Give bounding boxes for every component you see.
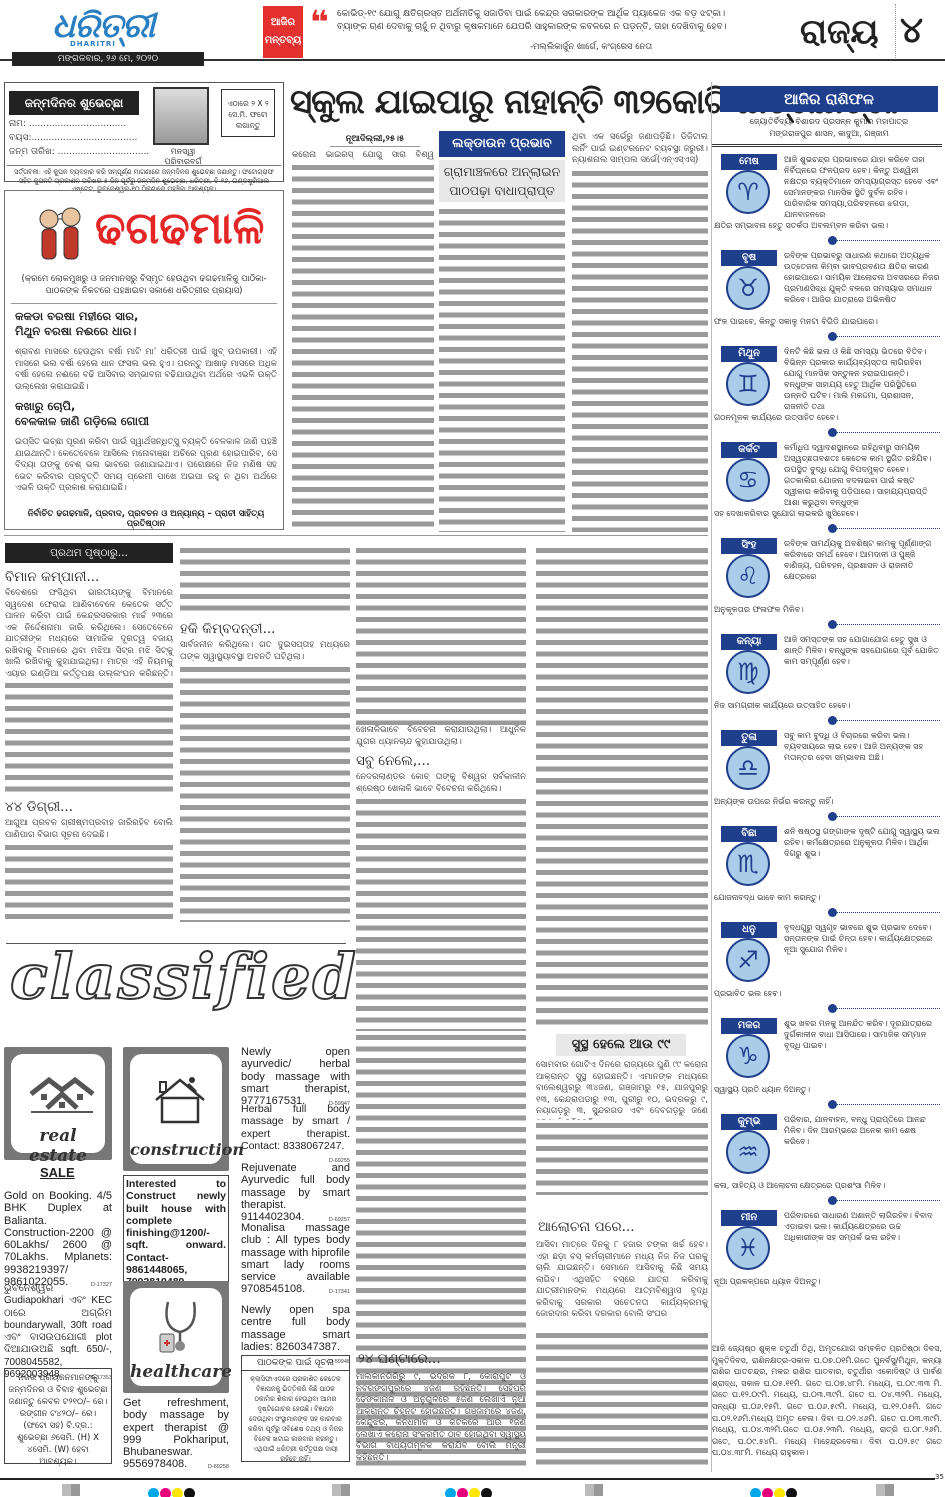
- zodiac-prediction: ପରିବାରରେ ସାଧାରଣ ଅଶାନ୍ତି ଲାଗିରହିବ। ବିବାଦ …: [784, 1210, 940, 1243]
- gray-bar-4: [876, 1484, 894, 1496]
- zodiac-symbol-icon: ♍: [726, 650, 770, 694]
- col3-text-a: [356, 545, 526, 725]
- ad-health-1-text: Get refreshment, body massage by expert …: [123, 1397, 229, 1470]
- zodiac-sign-block: ସିଂହ♌ରବିଙ୍କ ସାମର୍ଥ୍ୟକୁ ଅବଶିଷ୍ଟ କାମକୁ ପୂର…: [712, 534, 942, 626]
- story-44deg-body: ଆଗୁଆ ପ୍ରବଳ ଗ୍ରୀଷ୍ମପ୍ରବାହ ଜାରିରହିବ ବୋଲି ପ…: [5, 818, 173, 841]
- col3-text-b: [356, 796, 526, 1031]
- idiom-1-body: ଶ୍ରାବଣ ମାସରେ ହେଉଥିବା ବର୍ଷା ମାଟି ମା’ ଧରିତ…: [15, 347, 277, 393]
- zodiac-prediction: ଶନି ଷଷ୍ଠସ୍ଥ ଗଙ୍ଗାଙ୍କ ଦୃଷ୍ଟି ଯୋଗୁ ସ୍ୱାସ୍ଥ…: [784, 826, 940, 859]
- lead-body-col3-intro: ଥିବା ଏକ ସର୍ଭେରୁ ଜଣାପଡ଼ିଛି। ଡିଜିଟାଲ ଲର୍ନି…: [572, 132, 708, 167]
- zodiac-prediction-end: ନିଜ ସାମଗ୍ରୀକ କାର୍ଯ୍ୟରେ ଉତ୍ସାହିତ ହେବେ।: [714, 700, 940, 711]
- rashiphala-author: ଜ୍ୟୋତିର୍ବିଦ୍ୟା ବିଶାରଦ ପ୍ରସନ୍ନ କୁମାର ମହାପ…: [715, 116, 943, 140]
- zodiac-prediction-end: କଳା, ସାହିତ୍ୟ ଓ ଆଲୋଚନା କ୍ଷେତ୍ରରେ ପ୍ରଶଂସା …: [714, 1180, 940, 1191]
- classified-banner: classified: [10, 940, 340, 1013]
- zodiac-sign-block: କନ୍ୟା♍ଆଜି ସମସ୍ତଙ୍କ ସହ ଯୋଗାଯୋଗ ହେତୁ ସୁଖ ଓ…: [712, 630, 942, 722]
- separator-dot-icon: [828, 236, 837, 245]
- birthday-title: ଜନ୍ମଦିନର ଶୁଭେଚ୍ଛା: [9, 91, 139, 115]
- separator-dot-icon: [828, 1100, 837, 1109]
- zodiac-prediction: ବୃଦ୍ଧଗୁରୁ ସ୍ୱଗୃହ ଭାବରେ ଶୁଭ ପ୍ରଭାବ ଦେବେ। …: [784, 922, 940, 955]
- yellow-dot-icon: [774, 1488, 785, 1497]
- recovered-title: ସୁସ୍ଥ ହେଲେ ଆଉ ୯୯: [556, 1034, 686, 1056]
- reader-notice-text: କ୍ଲାସିଫାଏଡରେ ପ୍ରକାଶିତ କେତେକ ବିଜ୍ଞାପନକୁ ଭ…: [242, 1371, 349, 1467]
- discussion-body: ଆସିବା ମାତ୍ରେ ଦିନକୁ ୮ ହଜାର ଟଙ୍କା ଖର୍ଚ୍ଚ ହ…: [536, 1240, 708, 1321]
- masthead-divider: [895, 4, 896, 58]
- zodiac-prediction-end: ସହ ଦେଖାକରିବାର ସୁଯୋଗ ଲାଭକରି ଖୁସିହେବେ।: [714, 508, 940, 519]
- zodiac-prediction-end: ସ୍ୱାସ୍ଥ୍ୟ ପ୍ରତି ଧ୍ୟାନ ଦିଅନ୍ତୁ।: [714, 1084, 940, 1095]
- zodiac-prediction-end: ଯୋଜନାବଦ୍ଧ ଭାବେ କାମ କରନ୍ତୁ।: [714, 892, 940, 903]
- ad-sale-1-text: Gold on Booking. 4/5 BHK Duplex at Balia…: [4, 1190, 112, 1288]
- separator-dot-icon: [828, 1196, 837, 1205]
- col2-text-a: [180, 545, 350, 615]
- zodiac-sign-name: ବୃଷ: [721, 250, 777, 266]
- zodiac-sign-block: ଧନୁ♐ବୃଦ୍ଧଗୁରୁ ସ୍ୱଗୃହ ଭାବରେ ଶୁଭ ପ୍ରଭାବ ଦେ…: [712, 918, 942, 1010]
- separator-dot-icon: [828, 524, 837, 533]
- cyan-dot-icon: [148, 1488, 159, 1497]
- birthday-name-field: ନାମ: ..................................: [9, 119, 126, 129]
- gray-bar-3: [585, 1484, 603, 1496]
- zodiac-sign-name: ତୁଳା: [721, 730, 777, 746]
- zodiac-symbol-icon: ♑: [726, 1034, 770, 1078]
- zodiac-symbol-icon: ♏: [726, 842, 770, 886]
- house-roofer-icon: [152, 1076, 208, 1126]
- lead-body-col3: [572, 168, 708, 532]
- houses-icon: [29, 1072, 95, 1114]
- black-dot-icon: [481, 1488, 492, 1497]
- zodiac-sign-name: ମେଷ: [721, 154, 777, 170]
- zodiac-prediction-end: କ୍ଷତିର ସମ୍ଭାବନା ହେତୁ ସତର୍କତା ଅବଲମ୍ବନ କରି…: [714, 220, 940, 231]
- registration-marks-3: [750, 1484, 798, 1497]
- hours24-body: ମାଲକାନଗିରିରୁ ୯, ଭଦ୍ରକ ୮, କୋରାପୁଟ ଓ ନବରଙ୍…: [356, 1372, 526, 1472]
- section-title: ରାଜ୍ୟ: [800, 12, 879, 52]
- black-dot-icon: [786, 1488, 797, 1497]
- quote-author: -ମଲ୍ଲିକାର୍ଜୁନ ଖାର୍ଗେ, କଂଗ୍ରେସ ନେତା: [530, 42, 652, 52]
- section-divider: [4, 535, 708, 536]
- photo-caption: ମନସ୍ୱୀ ପରିବାରବର୍ଗ: [153, 147, 213, 167]
- recovered-body: ସୋମବାର ଗୋଟିଏ ଦିନରେ ରାଜ୍ୟରେ ପୁଣି ୯୯ କରୋନା…: [536, 1060, 708, 1129]
- greeting-ad: ନିଜର ପ୍ରିୟଜନମାନଙ୍କୁ ଜନ୍ମଦିନର ଓ ବିବାହ ଶୁଭ…: [4, 1368, 112, 1464]
- page-number: ୪: [900, 10, 923, 52]
- cyan-dot-icon: [445, 1488, 456, 1497]
- zodiac-prediction: ଆଜି ସମସ୍ତଙ୍କ ସହ ଯୋଗାଯୋଗ ହେତୁ ସୁଖ ଓ ଶାନ୍ତ…: [784, 634, 940, 667]
- zodiac-prediction-end: ଫଳ ପାଇବେ, କିନ୍ତୁ ସକାଳୁ ମନଟା ବିଗିଡି ଯାଇପା…: [714, 316, 940, 327]
- magenta-dot-icon: [457, 1488, 468, 1497]
- separator-dot-icon: [828, 620, 837, 629]
- zodiac-sign-name: ସିଂହ: [721, 538, 777, 554]
- zodiac-sign-block: କର୍କଟ♋କର୍ମାଧିପ ଦ୍ୱାଦଶସ୍ଥାନରେ ରହିଥିବାରୁ ସ…: [712, 438, 942, 530]
- real-estate-category: real estate: [4, 1047, 112, 1160]
- cyan-dot-icon: [750, 1488, 761, 1497]
- story-44deg-more: [5, 842, 173, 922]
- zodiac-sign-block: ମିଥୁନ♊ଦିନଟି କିଛି ଭଲ ଓ କିଛି ସମସ୍ୟା ଭିତରେ …: [712, 342, 942, 434]
- story-hockey-title: ହକି କିମ୍ବଦନ୍ତୀ...: [180, 620, 275, 638]
- ad-construction-1: Interested to Construct newly built hous…: [123, 1175, 229, 1295]
- reader-notice: ପାଠକଙ୍କ ପାଇଁ ସୂଚନା କ୍ଲାସିଫାଏଡରେ ପ୍ରକାଶିତ…: [241, 1355, 350, 1462]
- zodiac-prediction: ଶୁଭ ଖବର ମନକୁ ଆନନ୍ଦିତ କରିବ। ଦୂରଯାତ୍ରାରେ ଦ…: [784, 1018, 940, 1051]
- panjika-text: ଆଜି ଜ୍ୟେଷ୍ଠ ଶୁକ୍ଳ ଚତୁର୍ଥୀ ତିଥି, ଅମୃତଯୋଗ …: [712, 1343, 942, 1459]
- ad-health-1: Get refreshment, body massage by expert …: [123, 1397, 229, 1474]
- zodiac-sign-block: ମେଷ♈ଆଜି ଶୁଭଚନ୍ଦ୍ର ପ୍ରଭାବରେ ଯାହା କରିବେ ତା…: [712, 150, 942, 242]
- lead-dateline: ନୂଆଦିଲ୍ଲୀ,୨୫।୫: [330, 134, 420, 147]
- zodiac-prediction: ଦିନଟି କିଛି ଭଲ ଓ କିଛି ସମସ୍ୟା ଭିତରେ ବିତିବ।…: [784, 346, 940, 412]
- birthday-coupon: ଜନ୍ମଦିନର ଶୁଭେଚ୍ଛା ନାମ: .................…: [4, 82, 284, 182]
- sale-heading: SALE: [40, 1165, 75, 1180]
- story-airline-title: ବିମାନ କମ୍ପାନୀ...: [5, 568, 99, 586]
- birthday-dob-field: ଜନ୍ମ ତାରିଖ: ............................…: [9, 147, 149, 157]
- ad-health-1-code: D-69258: [208, 1461, 229, 1473]
- zodiac-prediction: କର୍ମାଧିପ ଦ୍ୱାଦଶସ୍ଥାନରେ ରହିଥିବାରୁ ସାମୟିକ …: [784, 442, 940, 508]
- lead-body-col1: [292, 162, 434, 532]
- idiom-1-heading-line1: କକଡା ବରଷା ମହୀରେ ସାର,: [15, 309, 275, 324]
- yellow-dot-icon: [172, 1488, 183, 1497]
- ad-massage-1: Newly open ayurvedic/ herbal body massag…: [241, 1046, 350, 1110]
- zodiac-sign-name: କର୍କଟ: [721, 442, 777, 458]
- healthcare-category: healthcare: [123, 1281, 229, 1393]
- zodiac-prediction-end: ନୂଆ ପ୍ରକଳ୍ପରେ ଧ୍ୟାନ ଦିଅନ୍ତୁ।: [714, 1276, 940, 1287]
- rashiphala-title: ଆଜିର ରାଶିଫଳ: [720, 86, 938, 112]
- zodiac-sign-name: ମିଥୁନ: [721, 346, 777, 362]
- story-44deg-title: ୪୪ ଡିଗ୍ରୀ...: [5, 798, 73, 816]
- idioms-logo: ଢଗଢମାଳି: [95, 203, 264, 254]
- ad-construction-1-text: Interested to Construct newly built hous…: [126, 1178, 226, 1288]
- zodiac-prediction: ସବୁ କାମ ବୁଦ୍ଧି ଓ ବିଚାରରେ କରିବା ଭଲ। ବ୍ୟବସ…: [784, 730, 940, 763]
- hours24-title: ୨୪ ଘଣ୍ଟାରେ...: [358, 1350, 441, 1368]
- page-bottom-rule: [0, 1478, 935, 1480]
- separator-dot-icon: [828, 332, 837, 341]
- zodiac-sign-name: ମକର: [721, 1018, 777, 1034]
- zodiac-sign-block: ବୃଷ♉ରବିଙ୍କ ପ୍ରଭାବରୁ ସାଧାରଣ କଥାରେ ଅତ୍ୟଧିକ…: [712, 246, 942, 338]
- zodiac-sign-name: ବିଛା: [721, 826, 777, 842]
- rashiphala-rule: [712, 144, 942, 147]
- discussion-more: [536, 1330, 708, 1470]
- separator-dot-icon: [828, 812, 837, 821]
- idiom-1-heading-line2: ମିଥୁନ ବରଷା ନଈରେ ଧାର।: [15, 324, 275, 339]
- ad-massage-2-text: Herbal full body massage by smart / expe…: [241, 1103, 350, 1152]
- registration-marks-1: [148, 1484, 196, 1497]
- separator-dot-icon: [828, 908, 837, 917]
- stethoscope-icon: [158, 1298, 204, 1356]
- folio-number: 35: [935, 1473, 944, 1481]
- magenta-dot-icon: [762, 1488, 773, 1497]
- separator-dot-icon: [828, 428, 837, 437]
- gray-bar-2: [332, 1484, 350, 1496]
- zodiac-sign-block: ମକର♑ଶୁଭ ଖବର ମନକୁ ଆନନ୍ଦିତ କରିବ। ଦୂରଯାତ୍ରା…: [712, 1014, 942, 1106]
- zodiac-symbol-icon: ♌: [726, 554, 770, 598]
- quote-tag-line2: ମନ୍ତବ୍ୟ: [263, 32, 303, 50]
- reader-notice-title: ପାଠକଙ୍କ ପାଇଁ ସୂଚନା: [242, 1356, 349, 1371]
- quote-tag-line1: ଆଜିର: [263, 14, 303, 32]
- zodiac-prediction: ରବିଙ୍କ ସାମର୍ଥ୍ୟକୁ ଅବଶିଷ୍ଟ କାମକୁ ପୂର୍ଣ୍ଣା…: [784, 538, 940, 582]
- gray-bar-1: [62, 1484, 80, 1496]
- idioms-source: ନିର୍ବାଚିତ ଢଗଢମାଳି, ପ୍ରବାଦ, ପ୍ରବଚନ ଓ ଅନ୍ୟ…: [15, 509, 277, 529]
- registration-marks-2: [445, 1484, 493, 1497]
- lead-kicker: ଲକ୍‌ଡାଉନ ପ୍ରଭାବ: [439, 131, 565, 157]
- zodiac-sign-name: ମୀନ: [721, 1210, 777, 1226]
- zodiac-symbol-icon: ♋: [726, 458, 770, 502]
- idiom-2-heading-line2: ବେଳକାଳ ଜାଣି ଗଡ଼ିଲେ ଗୋପୀ: [15, 414, 275, 429]
- newspaper-logo-sub: DHARITRI: [70, 40, 116, 48]
- zodiac-prediction-end: ପ୍ରଭାବିତ ଭଲ ହେବ।: [714, 988, 940, 999]
- col2-text-b: [180, 664, 350, 922]
- story-hockey-body: ସାର୍ବଜନୀନ କରିଥିଲେ। ଗତ ଦୁଇସପ୍ତାହ ମଧ୍ୟରେ ତ…: [180, 640, 350, 663]
- ad-massage-4-code: D-17341: [329, 1286, 350, 1298]
- zodiac-sign-name: କନ୍ୟା: [721, 634, 777, 650]
- separator-dot-icon: [828, 1004, 837, 1013]
- lead-headline: ସ୍କୁଲ ଯାଇପାରୁ ନାହାନ୍ତି ୩୨କୋଟି ଛାତ୍ରଛାତ୍ର…: [290, 82, 710, 122]
- zodiac-symbol-icon: ♎: [726, 746, 770, 790]
- story-airline-more: [5, 680, 173, 794]
- birthday-age-field: ବୟସ:....................................…: [9, 133, 137, 143]
- ad-massage-4-text: Monalisa massage club : All types body m…: [241, 1222, 350, 1295]
- zodiac-prediction-end: ଅନୁକୂଳତାର ଫଳାଫଳ ମିଳିବ।: [714, 604, 940, 615]
- zodiac-symbol-icon: ♒: [726, 1130, 770, 1174]
- astrologer-place: ମଙ୍ଗରାଜପୁର ଶାସନ, କାଦୁଆ, ଗଞ୍ଜାମ: [715, 128, 943, 140]
- zodiac-prediction: ଆଜି ଶୁଭଚନ୍ଦ୍ର ପ୍ରଭାବରେ ଯାହା କରିବେ ତାହା ନ…: [784, 154, 940, 220]
- zodiac-symbol-icon: ♓: [726, 1226, 770, 1270]
- construction-category: construction: [123, 1047, 229, 1171]
- quote-text: କୋଭିଡ୍-୧୯ ଯୋଗୁ କ୍ଷତିଗ୍ରସ୍ତ ଅର୍ଥନୀତିକୁ ସଜ…: [337, 8, 737, 34]
- lead-subhead: ଗ୍ରାମାଞ୍ଚଳରେ ଅନ୍‌ଲାଇନ ପାଠପଢ଼ା ବାଧାପ୍ରାପ୍…: [439, 160, 565, 202]
- black-dot-icon: [184, 1488, 195, 1497]
- ad-massage-5-text: Newly open spa centre full body massage …: [241, 1304, 350, 1353]
- zodiac-prediction-end: ଅନ୍ୟଙ୍କ ଉପରେ ନିର୍ଭର କରନ୍ତୁ ନାହିଁ।: [714, 796, 940, 807]
- photo-caption-name: ମନସ୍ୱୀ: [153, 147, 213, 157]
- zodiac-prediction-end: ଗଠନମୂଳକ କାର୍ଯ୍ୟରେ ଉତ୍ସାହିତ ହେବେ।: [714, 412, 940, 423]
- lead-body-col2: [439, 206, 565, 532]
- ad-massage-2: Herbal full body massage by smart / expe…: [241, 1103, 350, 1167]
- idiom-2-body: ଇପ୍‌ସିତ ଇଚ୍ଛା ପୂରଣ କରିବା ପାଇଁ ସ୍ୱାର୍ଥସନ୍…: [15, 437, 277, 495]
- zodiac-sign-name: ଧନୁ: [721, 922, 777, 938]
- separator-dot-icon: [828, 716, 837, 725]
- zodiac-sign-block: ମୀନ♓ପରିବାରରେ ସାଧାରଣ ଅଶାନ୍ତି ଲାଗିରହିବ। ବି…: [712, 1206, 942, 1298]
- newspaper-logo: ଧରିତ୍ରୀ: [52, 6, 162, 44]
- idioms-intro: (କ୍ରମେ ଲୋକମୁଖରୁ ଓ ଜନମାନସରୁ ବିସ୍ମୃତ ହେଉଥି…: [11, 273, 277, 304]
- discussion-title: ଆଲୋଚନା ପରେ...: [538, 1218, 635, 1236]
- zodiac-symbol-icon: ♉: [726, 266, 770, 310]
- idioms-box: ଢଗଢମାଳି (କ୍ରମେ ଲୋକମୁଖରୁ ଓ ଜନମାନସରୁ ବିସ୍ମ…: [4, 190, 284, 530]
- zodiac-symbol-icon: ♊: [726, 362, 770, 406]
- story-took-all-title: ସବୁ ନେଲେ,...: [356, 752, 430, 770]
- story-hockey2-body: ଖେଳାଳିଭାବେ ବିବେଚନା କରାଯାଉଥିଲା। ଆଧୁନିକ ଯୁ…: [356, 725, 526, 748]
- zodiac-sign-block: ବିଛା♏ଶନି ଷଷ୍ଠସ୍ଥ ଗଙ୍ଗାଙ୍କ ଦୃଷ୍ଟି ଯୋଗୁ ସ୍…: [712, 822, 942, 914]
- zodiac-sign-block: କୁମ୍ଭ♒ପରିବାର, ଯାନବାହନ, ବନ୍ଧୁ ପ୍ରାପ୍ତିରେ …: [712, 1110, 942, 1202]
- zodiac-symbol-icon: ♈: [726, 170, 770, 214]
- quote-of-day-tag: ଆଜିର ମନ୍ତବ୍ୟ: [263, 6, 303, 58]
- yellow-dot-icon: [469, 1488, 480, 1497]
- recovered-more: [536, 1120, 708, 1195]
- sample-child-photo: [153, 87, 209, 145]
- idiom-2-heading-line1: କଖାରୁ ଚୋପି,: [15, 399, 275, 414]
- col4-text: [536, 545, 708, 1025]
- photo-paste-slot: ଏଠାରେ ୨ X ୨ ସେ.ମି. ଫଟୋ ଲଗାନ୍ତୁ: [221, 89, 275, 137]
- healthcare-label: healthcare: [130, 1362, 222, 1382]
- talking-men-cartoon-icon: [35, 201, 85, 266]
- ad-massage-4: Monalisa massage club : All types body m…: [241, 1222, 350, 1299]
- real-estate-label: real estate: [11, 1126, 105, 1166]
- zodiac-symbol-icon: ♐: [726, 938, 770, 982]
- quote-mark-icon: ❝: [310, 6, 332, 26]
- zodiac-prediction: ରବିଙ୍କ ପ୍ରଭାବରୁ ସାଧାରଣ କଥାରେ ଅତ୍ୟଧିକ ଉତ୍…: [784, 250, 940, 305]
- story-took-all-body: ନେଦରଲାଣ୍ଡର କୋଚ୍ ତାଙ୍କୁ ବିଶ୍ୱର ସର୍ବକାଳୀନ …: [356, 772, 526, 795]
- zodiac-sign-block: ତୁଳା♎ସବୁ କାମ ବୁଦ୍ଧି ଓ ବିଚାରରେ କରିବା ଭଲ। …: [712, 726, 942, 818]
- magenta-dot-icon: [160, 1488, 171, 1497]
- ad-massage-3: Rejuvenate and Ayurvedic full body massa…: [241, 1162, 350, 1226]
- astrologer-name: ଜ୍ୟୋତିର୍ବିଦ୍ୟା ବିଶାରଦ ପ୍ରସନ୍ନ କୁମାର ମହାପ…: [715, 116, 943, 128]
- ad-sale-2-text: ଭୁବନେଶ୍ୱର Gudiapokhari ଏବଂ KEC ଠାରେ ଅଗ୍ର…: [4, 1283, 112, 1380]
- zodiac-prediction: ପରିବାର, ଯାନବାହନ, ବନ୍ଧୁ ପ୍ରାପ୍ତିରେ ଆନନ୍ଦ …: [784, 1114, 940, 1147]
- zodiac-sign-name: କୁମ୍ଭ: [721, 1114, 777, 1130]
- issue-date: ମଙ୍ଗଳବାର, ୨୬ ମେ, ୨୦୨୦: [12, 52, 204, 66]
- construction-label: construction: [130, 1140, 222, 1159]
- ad-sale-1: Gold on Booking. 4/5 BHK Duplex at Balia…: [4, 1190, 112, 1291]
- continued-banner: ପ୍ରଥମ ପୃଷ୍ଠାରୁ...: [5, 543, 173, 563]
